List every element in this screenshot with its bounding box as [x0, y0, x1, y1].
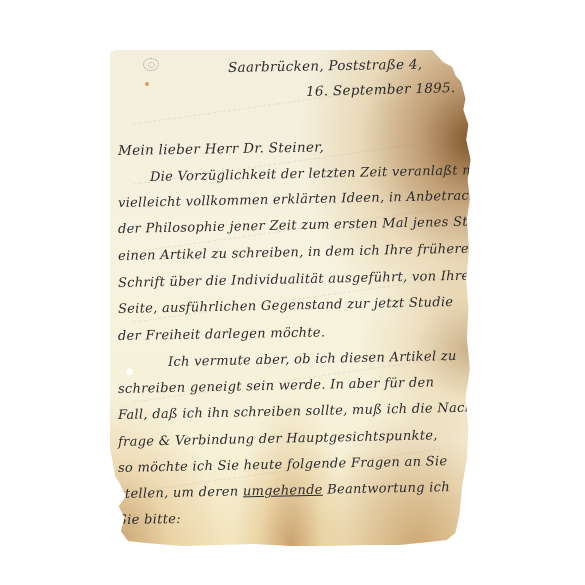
- underlined-word: umgehende: [243, 483, 323, 500]
- body-line-with-underline: stellen, um deren umgehende Beantwortung…: [118, 480, 450, 502]
- body-line: Fall, daß ich ihn schreiben sollte, muß …: [118, 400, 478, 423]
- body-line: vielleicht vollkommen erklärten Ideen, i…: [118, 188, 484, 211]
- library-stamp-icon: [143, 58, 159, 71]
- body-line: Schrift über die Individualität ausgefüh…: [118, 269, 476, 291]
- body-line: Seite, ausführlichen Gegenstand zur jetz…: [118, 295, 454, 317]
- body-line: der Philosophie jener Zeit zum ersten Ma…: [118, 214, 495, 237]
- body-line: der Freiheit darlegen möchte.: [118, 325, 325, 344]
- letter-address: Saarbrücken, Poststraße 4,: [228, 57, 423, 76]
- body-line: einen Artikel zu schreiben, in dem ich I…: [118, 242, 469, 264]
- body-text: stellen, um deren: [118, 484, 243, 502]
- body-text: Beantwortung ich: [323, 480, 451, 498]
- body-line: Die Vorzüglichkeit der letzten Zeit vera…: [150, 163, 496, 185]
- letter-salutation: Mein lieber Herr Dr. Steiner,: [118, 139, 324, 159]
- body-line: frage & Verbindung der Hauptgesichtspunk…: [118, 428, 438, 450]
- letter-page: Saarbrücken, Poststraße 4, 16. September…: [110, 50, 472, 548]
- body-line: Ich vermute aber, ob ich diesen Artikel …: [168, 349, 457, 370]
- letter-date: 16. September 1895.: [306, 80, 456, 100]
- body-line-closing: Sie bitte:: [118, 512, 181, 528]
- ink-spot: [145, 82, 149, 86]
- body-line: so möchte ich Sie heute folgende Fragen …: [118, 454, 448, 476]
- body-line: schreiben geneigt sein werde. In aber fü…: [118, 375, 435, 397]
- punch-hole-bottom: [126, 368, 133, 375]
